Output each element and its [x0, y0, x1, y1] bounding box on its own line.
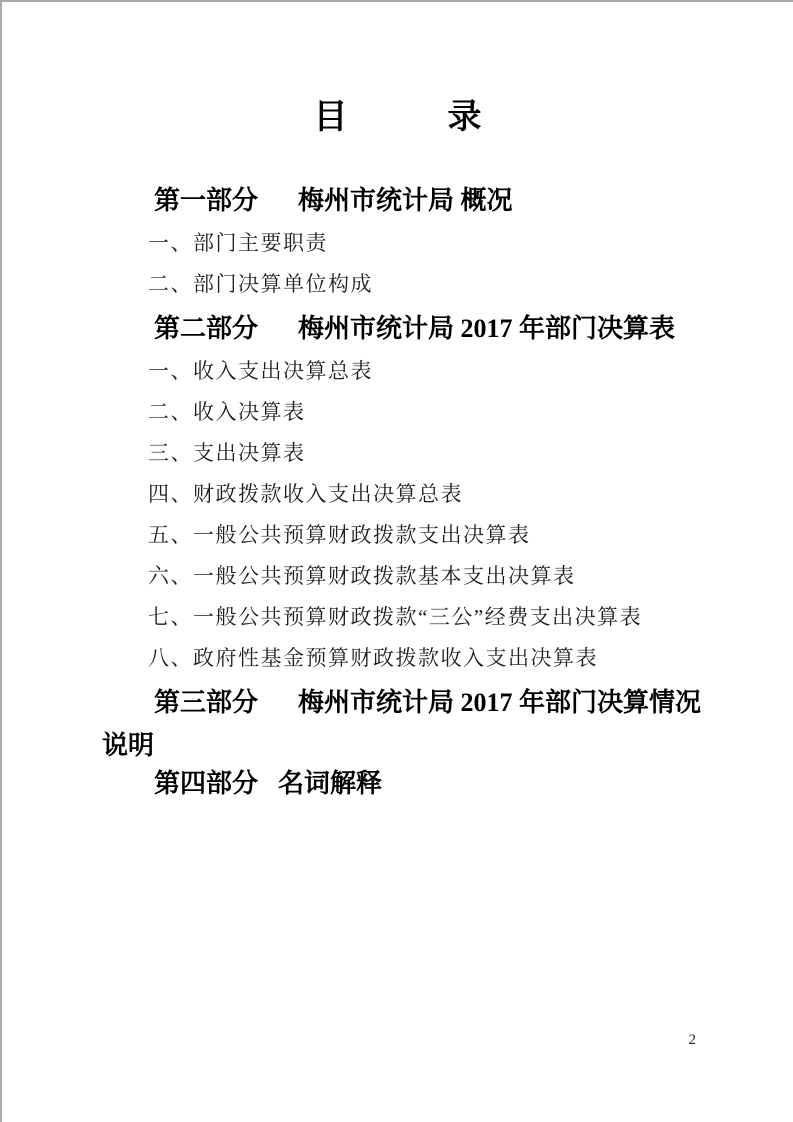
section-heading-3-line: 第三部分梅州市统计局 2017 年部门决算情况	[102, 681, 733, 725]
toc-item: 六、一般公共预算财政拨款基本支出决算表	[102, 556, 733, 597]
section-4-title: 名词解释	[278, 769, 382, 798]
section-2-label: 第二部分	[154, 314, 258, 343]
section-4-label: 第四部分	[154, 769, 258, 798]
section-1-title: 梅州市统计局 概况	[298, 186, 513, 215]
toc-item: 一、部门主要职责	[102, 223, 733, 264]
section-heading-1: 第一部分梅州市统计局 概况	[102, 179, 733, 223]
section-heading-1-line: 第一部分梅州市统计局 概况	[102, 179, 733, 223]
toc-item: 四、财政拨款收入支出决算总表	[102, 474, 733, 515]
toc-content: 第一部分梅州市统计局 概况 一、部门主要职责 二、部门决算单位构成 第二部分梅州…	[2, 179, 793, 806]
document-page: 目 录 第一部分梅州市统计局 概况 一、部门主要职责 二、部门决算单位构成 第二…	[0, 0, 793, 1122]
toc-item: 五、一般公共预算财政拨款支出决算表	[102, 515, 733, 556]
toc-item: 八、政府性基金预算财政拨款收入支出决算表	[102, 638, 733, 679]
toc-item: 二、收入决算表	[102, 392, 733, 433]
section-heading-4-line: 第四部分名词解释	[102, 762, 733, 806]
section-3-title: 梅州市统计局 2017 年部门决算情况	[298, 688, 701, 717]
page-title: 目 录	[2, 97, 793, 139]
page-number: 2	[689, 1032, 697, 1049]
section-2-title: 梅州市统计局 2017 年部门决算表	[298, 314, 675, 343]
section-1-label: 第一部分	[154, 186, 258, 215]
toc-item: 一、收入支出决算总表	[102, 351, 733, 392]
section-heading-4: 第四部分名词解释	[102, 762, 733, 806]
page-title-char-right: 录	[448, 97, 482, 139]
page-title-char-left: 目	[314, 97, 348, 139]
section-heading-2: 第二部分梅州市统计局 2017 年部门决算表	[102, 307, 733, 351]
toc-item: 七、一般公共预算财政拨款“三公”经费支出决算表	[102, 597, 733, 638]
toc-item: 三、支出决算表	[102, 433, 733, 474]
section-3-label: 第三部分	[154, 688, 258, 717]
toc-item: 二、部门决算单位构成	[102, 264, 733, 305]
section-3-title-continuation: 说明	[102, 725, 733, 766]
section-heading-2-line: 第二部分梅州市统计局 2017 年部门决算表	[102, 307, 733, 351]
section-heading-3: 第三部分梅州市统计局 2017 年部门决算情况 说明	[102, 681, 733, 766]
